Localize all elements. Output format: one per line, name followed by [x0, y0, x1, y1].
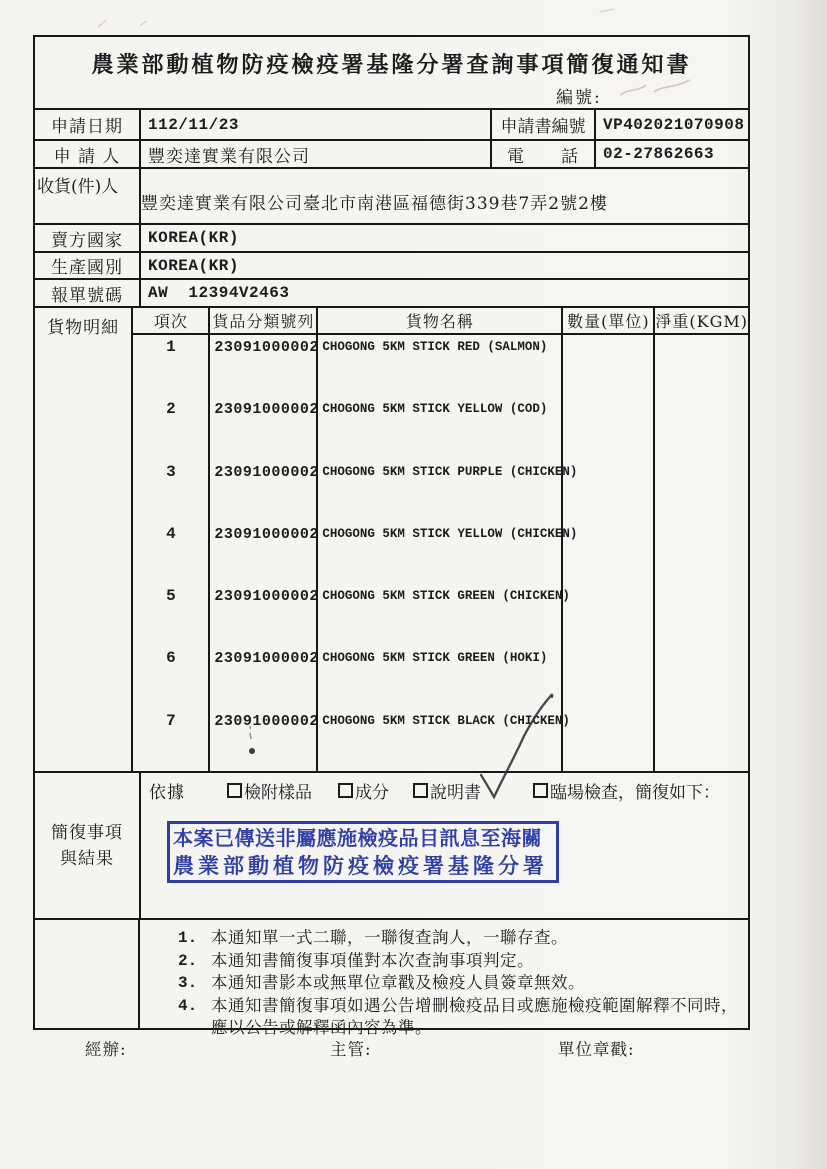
reply-section: 簡復事項 與結果 依據 檢附樣品 成分 說明書 — [35, 771, 748, 918]
goods-table-header: 項次 貨品分類號列 貨物名稱 數量(單位) 淨重(KGM) — [133, 308, 748, 335]
checkbox-group-onsite: 臨場檢查 — [533, 778, 618, 803]
ccc-code: 23091000002 — [210, 646, 316, 708]
basis-label: 依據 — [149, 778, 185, 803]
goods-section: 貨物明細 項次 貨品分類號列 貨物名稱 數量(單位) 淨重(KGM) 1 2 3… — [35, 306, 748, 771]
onsite-inspection-checkbox — [533, 783, 548, 798]
serial-number-label: 編號: — [556, 83, 602, 108]
goods-name: CHOGONG 5KM STICK GREEN (HOKI) — [318, 646, 561, 708]
reply-section-label: 簡復事項 與結果 — [35, 773, 139, 918]
goods-name-column: CHOGONG 5KM STICK RED (SALMON) CHOGONG 5… — [316, 335, 561, 771]
notes-left-cell — [35, 920, 138, 1030]
note-item: 4. 本通知書簡復事項如遇公告增刪檢疫品目或應施檢疫範圍解釋不同時，應以公告或解… — [178, 995, 748, 1040]
goods-table: 項次 貨品分類號列 貨物名稱 數量(單位) 淨重(KGM) 1 2 3 4 5 … — [131, 308, 748, 771]
basis-row: 依據 檢附樣品 成分 說明書 臨場檢查 — [141, 773, 748, 807]
declaration-no-value: AW 12394V2463 — [139, 280, 748, 306]
ccc-code: 23091000002 — [210, 522, 316, 584]
note-text: 本通知單一式二聯，一聯復查詢人，一聯存查。 — [211, 927, 748, 950]
applicant-value: 豐奕達實業有限公司 — [139, 141, 490, 167]
scanned-document-page: 農業部動植物防疫檢疫署基隆分署查詢事項簡復通知書 編號: 申請日期 112/11… — [0, 0, 827, 1169]
note-text: 本通知書影本或無單位章戳及檢疫人員簽章無效。 — [211, 972, 748, 995]
reply-content: 依據 檢附樣品 成分 說明書 臨場檢查 — [139, 773, 748, 918]
consignee-label: 收貨(件)人 — [35, 169, 139, 223]
goods-table-body: 1 2 3 4 5 6 7 23091000002 23091000002 23… — [133, 335, 748, 771]
note-number: 4. — [178, 995, 211, 1040]
sample-checkbox — [227, 783, 242, 798]
supervisor-label: 主管: — [330, 1036, 372, 1060]
ccc-code: 23091000002 — [210, 460, 316, 522]
onsite-checkbox-label: 臨場檢查 — [550, 778, 618, 803]
checkbox-group-manual: 說明書 — [413, 778, 481, 803]
notes-list: 1. 本通知單一式二聯，一聯復查詢人，一聯存查。 2. 本通知書簡復事項僅對本次… — [138, 920, 748, 1030]
note-item: 1. 本通知單一式二聯，一聯復查詢人，一聯存查。 — [178, 927, 748, 950]
declaration-no-label: 報單號碼 — [35, 280, 139, 306]
goods-name: CHOGONG 5KM STICK PURPLE (CHICKEN) — [318, 460, 561, 522]
application-no-label: 申請書編號 — [490, 110, 594, 139]
col-header-quantity: 數量(單位) — [561, 308, 653, 333]
item-no: 1 — [133, 335, 208, 397]
item-no: 5 — [133, 584, 208, 646]
net-weight-column — [653, 335, 748, 771]
phone-value: 02-27862663 — [594, 141, 748, 167]
unit-seal-label: 單位章戳: — [558, 1036, 635, 1060]
faint-top-marks — [98, 9, 614, 27]
manual-checkbox — [413, 783, 428, 798]
seller-country-value: KOREA(KR) — [139, 225, 748, 251]
note-text: 本通知書簡復事項如遇公告增刪檢疫品目或應施檢疫範圍解釋不同時，應以公告或解釋函內… — [211, 995, 748, 1040]
applicant-label: 申 請 人 — [35, 141, 139, 167]
goods-name: CHOGONG 5KM STICK RED (SALMON) — [318, 335, 561, 397]
stamp-line2: 農業部動植物防疫檢疫署基隆分署 — [173, 852, 553, 879]
seller-country-label: 賣方國家 — [35, 225, 139, 251]
apply-date-value: 112/11/23 — [139, 110, 490, 139]
note-item: 3. 本通知書影本或無單位章戳及檢疫人員簽章無效。 — [178, 972, 748, 995]
quantity-column — [561, 335, 653, 771]
col-header-net-weight: 淨重(KGM) — [653, 308, 748, 333]
consignee-value: 豐奕達實業有限公司臺北市南港區福德街339巷7弄2號2樓 — [141, 189, 608, 214]
official-blue-stamp: 本案已傳送非屬應施檢疫品目訊息至海關 農業部動植物防疫檢疫署基隆分署 — [167, 821, 559, 883]
title-section: 農業部動植物防疫檢疫署基隆分署查詢事項簡復通知書 編號: — [35, 37, 748, 108]
apply-date-row: 申請日期 112/11/23 申請書編號 VP402021070908 — [35, 108, 748, 139]
ccc-code: 23091000002 — [210, 709, 316, 771]
note-text: 本通知書簡復事項僅對本次查詢事項判定。 — [211, 950, 748, 973]
note-number: 3. — [178, 972, 211, 995]
checkbox-group-sample: 檢附樣品 — [227, 778, 312, 803]
consignee-value-cell: 豐奕達實業有限公司臺北市南港區福德街339巷7弄2號2樓 — [139, 169, 748, 223]
ccc-code: 23091000002 — [210, 397, 316, 459]
apply-date-label: 申請日期 — [35, 110, 139, 139]
reply-label-line1: 簡復事項 — [51, 820, 123, 846]
ingredient-checkbox — [338, 783, 353, 798]
col-header-item-no: 項次 — [133, 308, 208, 333]
checkbox-group-ingredient: 成分 — [338, 778, 389, 803]
notes-section: 1. 本通知單一式二聯，一聯復查詢人，一聯存查。 2. 本通知書簡復事項僅對本次… — [35, 918, 748, 1030]
handler-label: 經辦: — [85, 1036, 127, 1060]
ccc-code: 23091000002 — [210, 584, 316, 646]
reply-label-line2: 與結果 — [60, 846, 114, 872]
document-title: 農業部動植物防疫檢疫署基隆分署查詢事項簡復通知書 — [35, 37, 748, 79]
declaration-no-row: 報單號碼 AW 12394V2463 — [35, 278, 748, 306]
ccc-code: 23091000002 — [210, 335, 316, 397]
notification-form: 農業部動植物防疫檢疫署基隆分署查詢事項簡復通知書 編號: 申請日期 112/11… — [33, 35, 750, 1030]
col-header-goods-name: 貨物名稱 — [316, 308, 561, 333]
note-item: 2. 本通知書簡復事項僅對本次查詢事項判定。 — [178, 950, 748, 973]
production-country-value: KOREA(KR) — [139, 253, 748, 278]
note-number: 1. — [178, 927, 211, 950]
applicant-row: 申 請 人 豐奕達實業有限公司 電 話 02-27862663 — [35, 139, 748, 167]
goods-section-label: 貨物明細 — [35, 308, 131, 771]
ingredient-checkbox-label: 成分 — [355, 778, 389, 803]
application-no-value: VP402021070908 — [594, 110, 748, 139]
item-no: 3 — [133, 460, 208, 522]
col-header-ccc-code: 貨品分類號列 — [208, 308, 316, 333]
item-no: 7 — [133, 709, 208, 771]
item-no: 2 — [133, 397, 208, 459]
goods-name: CHOGONG 5KM STICK GREEN (CHICKEN) — [318, 584, 561, 646]
consignee-row: 收貨(件)人 豐奕達實業有限公司臺北市南港區福德街339巷7弄2號2樓 — [35, 167, 748, 223]
note-number: 2. — [178, 950, 211, 973]
stamp-line1: 本案已傳送非屬應施檢疫品目訊息至海關 — [173, 825, 553, 852]
production-country-label: 生產國別 — [35, 253, 139, 278]
goods-name: CHOGONG 5KM STICK YELLOW (CHICKEN) — [318, 522, 561, 584]
phone-label: 電 話 — [490, 141, 594, 167]
item-no: 6 — [133, 646, 208, 708]
sample-checkbox-label: 檢附樣品 — [244, 778, 312, 803]
ccc-code-column: 23091000002 23091000002 23091000002 2309… — [208, 335, 316, 771]
basis-suffix: ，簡復如下： — [618, 778, 720, 803]
item-no-column: 1 2 3 4 5 6 7 — [133, 335, 208, 771]
production-country-row: 生產國別 KOREA(KR) — [35, 251, 748, 278]
seller-country-row: 賣方國家 KOREA(KR) — [35, 223, 748, 251]
item-no: 4 — [133, 522, 208, 584]
manual-checkbox-label: 說明書 — [430, 778, 481, 803]
goods-name: CHOGONG 5KM STICK YELLOW (COD) — [318, 397, 561, 459]
goods-name: CHOGONG 5KM STICK BLACK (CHICKEN) — [318, 709, 561, 771]
